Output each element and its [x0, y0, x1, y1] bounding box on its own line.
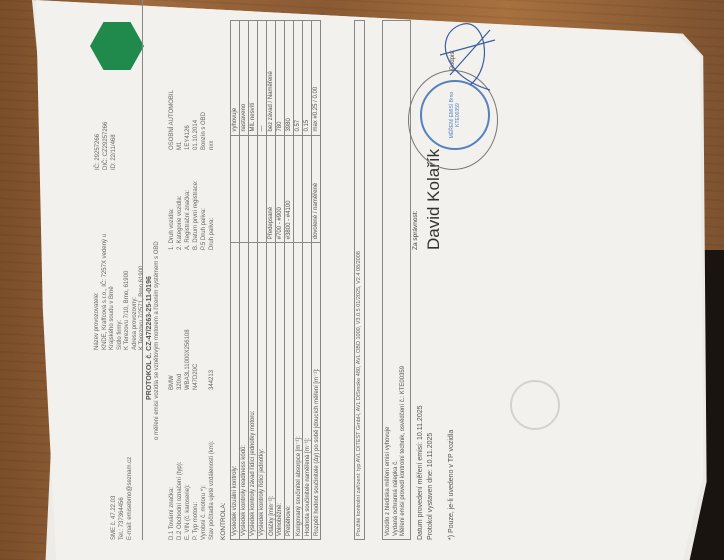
label: P. Typ motoru:	[192, 441, 200, 540]
cell-req: #3800 - #4100	[285, 135, 294, 243]
table-row: Výsledek kontroly readiness kódů:nastave…	[240, 21, 249, 540]
cell-label: Výsledek kontroly závad řídicí jednotky …	[249, 243, 258, 540]
result-line: Vozidlo z hlediska měření emisí vyhovuje	[385, 24, 393, 536]
label: Druh paliva:	[208, 180, 216, 250]
table-row: Výsledek kontroly závad řídicí jednotky …	[249, 21, 258, 540]
cell-req	[249, 135, 258, 243]
cell-val: nastaveno	[240, 21, 249, 136]
cell-req	[258, 135, 267, 243]
station-number: SME č. 47.22.03	[110, 457, 118, 540]
operator-line: Krajského soudu v Brně	[109, 234, 117, 350]
equipment-note: Použité kontrolní zařízení: typ AVL DITE…	[354, 20, 365, 540]
hexagon-logo-icon	[90, 22, 144, 70]
label: P.5 Druh paliva:	[200, 180, 208, 250]
label: Vyrobní č. motoru *):	[200, 441, 208, 540]
value	[200, 329, 208, 390]
label: 1. Druh vozidla:	[168, 180, 176, 250]
cell-req	[303, 135, 312, 243]
divider	[142, 0, 143, 540]
cell-val: vyhovuje	[231, 21, 240, 136]
cell-val: —	[258, 21, 267, 136]
footnote: *) Pouze, je-li uvedeno v TP vozidla	[448, 430, 455, 540]
cell-label: Otáčky [min⁻¹]:	[267, 243, 276, 540]
cell-val: 0.15	[303, 21, 312, 136]
vehicle-labels-2: 1. Druh vozidla: 2. Kategorie vozidla: A…	[168, 180, 216, 250]
cell-req: #700 - #900	[276, 135, 285, 243]
table-row: Přeběhové:#3800 - #41003980	[285, 21, 294, 540]
operator-line: Název provozovatele:	[94, 234, 102, 350]
table-row: Otáčky [min⁻¹]:Předepsanébez závad / Nam…	[267, 21, 276, 540]
operator-info: Název provozovatele: KNDE, Kraffcová s.r…	[94, 234, 147, 350]
vehicle-values-2: OSOBNÍ AUTOMOBIL M1 1EY4126 01.10.2014 B…	[168, 90, 216, 150]
cell-req	[240, 135, 249, 243]
station-email: E-mail: emisebrno@seznam.cz	[126, 457, 134, 540]
doc-id: ID: 22/11/468	[110, 122, 118, 170]
cell-req: Předepsané	[267, 135, 276, 243]
cell-label: Vysledek vizuální kontroly:	[231, 243, 240, 540]
label: B. Datum první registrace:	[192, 180, 200, 250]
operator-line: KNDE, Kraffcová s.r.o., IČ: 7257X vedený…	[102, 234, 110, 350]
value: Bonzín s OBD	[200, 90, 208, 150]
responsible-label: Za správnost:	[412, 211, 419, 250]
cell-label: Výsledek kontroly readiness kódů:	[240, 243, 249, 540]
protocol-title: PROTOKOL č. CZ-47/2263-25-11-0196	[146, 276, 153, 400]
cell-label: Volnoběžné:	[276, 243, 285, 540]
cell-label: Rozpětí hodnot součinitele (Δy) po sobě …	[312, 243, 321, 540]
label: 2. Kategorie vozidla:	[176, 180, 184, 250]
table-row: Rozpětí hodnot součinitele (Δy) po sobě …	[312, 21, 321, 540]
cell-label: Přeběhové:	[285, 243, 294, 540]
value: WBA3L11000X256108	[184, 329, 192, 390]
ico: IČ: 29257266	[94, 122, 102, 170]
table-row: Výsledek kontroly řídicí jednotky:—	[258, 21, 267, 540]
value: 320xd	[176, 329, 184, 390]
dic: DIČ: CZ29257266	[102, 122, 110, 170]
result-box: Vozidlo z hlediska měření emisí vyhovuje…	[382, 20, 411, 540]
label: D.1 Tovární značka:	[168, 441, 176, 540]
result-line: Měření emisí provedl kontrolní technik, …	[400, 24, 408, 536]
label: A. Registrační značka:	[184, 180, 192, 250]
station-info: SME č. 47.22.03 Tel.: 737364456 E-mail: …	[110, 457, 134, 540]
control-table: Vysledek vizuální kontroly:vyhovujeVýsle…	[230, 20, 321, 540]
cell-label: Korigovaný součinitel absorpce [m⁻¹]:	[294, 243, 303, 540]
company-ids: IČ: 29257266 DIČ: CZ29257266 ID: 22/11/4…	[94, 122, 118, 170]
label: Stav počitadla ujeté vzdálenosti (km):	[208, 441, 216, 540]
emission-protocol-document: SME č. 47.22.03 Tel.: 737364456 E-mail: …	[70, 20, 690, 540]
dates: Datum provedení měření emisí: 10.11.2025…	[416, 405, 436, 540]
cell-val: max #0.25 / 0.00	[312, 21, 321, 136]
operator-line: K Terezovu 7/10, Brno, 61900	[124, 234, 132, 350]
measurement-date: Datum provedení měření emisí: 10.11.2025	[416, 405, 426, 540]
vehicle-values: BMW 320xd WBA3L11000X256108 N47D20C 3442…	[168, 329, 216, 390]
value: OSOBNÍ AUTOMOBIL	[168, 90, 176, 150]
operator-line: Adresa provozovny:	[132, 234, 140, 350]
value: 344213	[208, 329, 216, 390]
label: E. VIN (č. karoserie):	[184, 441, 192, 540]
table-row: Vysledek vizuální kontroly:vyhovuje	[231, 21, 240, 540]
cell-val: bez závad / Naměřené	[267, 21, 276, 136]
value: nxx	[208, 90, 216, 150]
cell-val: MIL nesvítí	[249, 21, 258, 136]
cell-val: 0.57	[294, 21, 303, 136]
value: M1	[176, 90, 184, 150]
cell-val: 780	[276, 21, 285, 136]
cell-label: Hodnota součinitele naměřená [m⁻¹]:	[303, 243, 312, 540]
value: 01.10.2014	[192, 90, 200, 150]
issue-date: Protokol vystaven dne: 10.11.2025	[426, 405, 436, 540]
label: D.2 Obchodní označení (typ):	[176, 441, 184, 540]
value: N47D20C	[192, 329, 200, 390]
cell-label: Výsledek kontroly řídicí jednotky:	[258, 243, 267, 540]
result-line: Vydaná ochranná nálepka č.	[393, 24, 401, 536]
protocol-subtitle: o měření emisí vozidla se vznětovým moto…	[154, 241, 160, 440]
station-phone: Tel.: 737364456	[118, 457, 126, 540]
signature-scribble-icon	[430, 15, 500, 95]
control-heading: KONTROLA:	[220, 502, 227, 540]
vehicle-labels: D.1 Tovární značka: D.2 Obchodní označen…	[168, 441, 216, 540]
cell-req	[294, 135, 303, 243]
operator-line: Sídlo firmy:	[117, 234, 125, 350]
cell-req: dovolené / naměřené	[312, 135, 321, 243]
faint-stamp-icon	[510, 380, 560, 430]
table-row: Volnoběžné:#700 - #900780	[276, 21, 285, 540]
value: 1EY4126	[184, 90, 192, 150]
cell-val: 3980	[285, 21, 294, 136]
value: BMW	[168, 329, 176, 390]
cell-req	[231, 135, 240, 243]
table-row: Hodnota součinitele naměřená [m⁻¹]:0.15	[303, 21, 312, 540]
table-row: Korigovaný součinitel absorpce [m⁻¹]:0.5…	[294, 21, 303, 540]
